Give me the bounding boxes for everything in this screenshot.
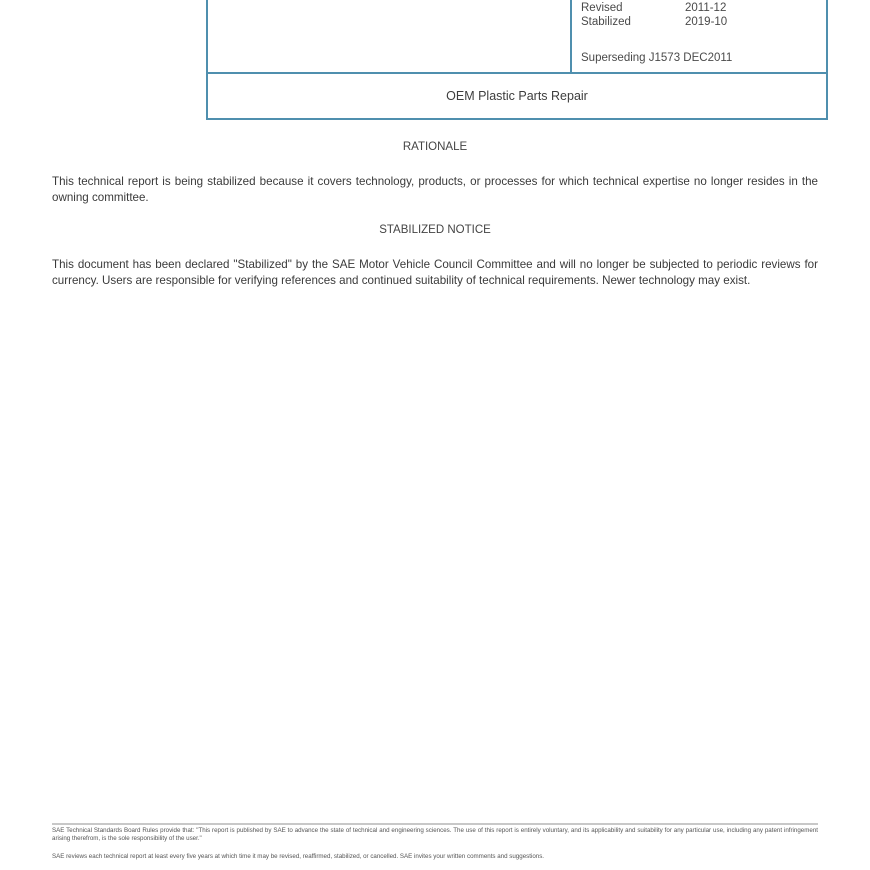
footer-divider xyxy=(52,823,818,825)
stabilized-notice-paragraph: This document has been declared "Stabili… xyxy=(52,257,818,289)
rationale-paragraph: This technical report is being stabilize… xyxy=(52,174,818,206)
document-header-box: Revised 2011-12 Stabilized 2019-10 Super… xyxy=(206,0,828,120)
footer-rules-paragraph: SAE Technical Standards Board Rules prov… xyxy=(52,827,818,843)
revised-label: Revised xyxy=(581,2,623,14)
revised-date-row: Revised 2011-12 xyxy=(581,2,801,16)
rationale-heading: RATIONALE xyxy=(50,141,820,153)
document-title: OEM Plastic Parts Repair xyxy=(208,74,826,118)
superseding-note: Superseding J1573 DEC2011 xyxy=(581,52,732,64)
stabilized-notice-heading: STABILIZED NOTICE xyxy=(50,224,820,236)
header-left-cell xyxy=(208,0,572,72)
header-top-row: Revised 2011-12 Stabilized 2019-10 Super… xyxy=(208,0,826,74)
header-dates-cell: Revised 2011-12 Stabilized 2019-10 Super… xyxy=(572,0,826,72)
footer-review-paragraph: SAE reviews each technical report at lea… xyxy=(52,853,818,861)
stabilized-value: 2019-10 xyxy=(685,16,727,28)
stabilized-label: Stabilized xyxy=(581,16,631,28)
revised-value: 2011-12 xyxy=(685,2,726,14)
stabilized-date-row: Stabilized 2019-10 xyxy=(581,16,801,30)
